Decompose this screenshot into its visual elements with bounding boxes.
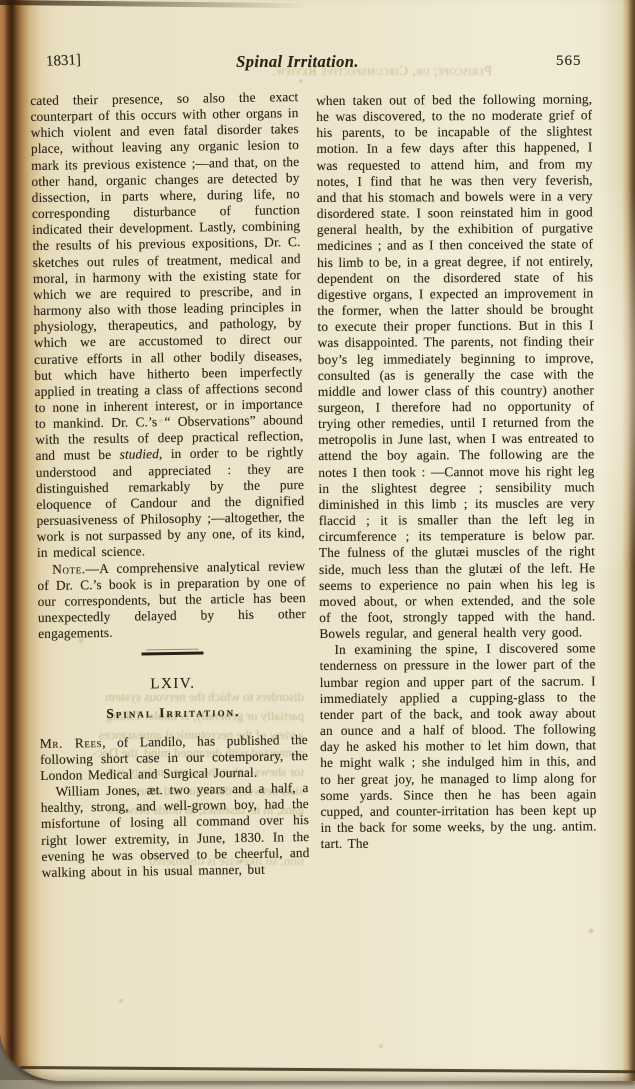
page-number: 565 [556, 53, 582, 70]
william-jones-paragraph: William Jones, æt. two years and a half,… [40, 780, 309, 881]
paper-speckles [0, 0, 2, 2]
rees-paragraph: Mr. Rees, of Landilo, has published the … [40, 732, 309, 784]
rees-lead: Mr. Rees [40, 735, 103, 751]
spine-examination-paragraph: In examining the spine, I discovered som… [319, 641, 596, 853]
paper-sheet: Periscope; or, Circumspective Review. di… [0, 0, 635, 1081]
under-page-edge [0, 1080, 635, 1089]
continuation-paragraph: cated their presence, so also the exact … [30, 89, 305, 561]
case-notes-paragraph: when taken out of bed the following morn… [316, 91, 595, 642]
section-divider-rule [141, 652, 203, 656]
italic-word: studied [119, 447, 159, 463]
right-column: when taken out of bed the following morn… [316, 91, 597, 881]
note-lead: Note. [52, 561, 86, 576]
section-number: LXIV. [39, 674, 307, 694]
left-column: cated their presence, so also the exact … [30, 89, 310, 881]
section-title: Spinal Irritation. [39, 703, 307, 723]
note-paragraph: Note.—A comprehensive analytical review … [37, 558, 306, 643]
book-page-scan: Periscope; or, Circumspective Review. di… [0, 0, 635, 1089]
text-body: cated their presence, so also the exact … [36, 93, 594, 881]
page-bottom-edge [20, 1066, 635, 1073]
paragraph-text: cated their presence, so also the exact … [30, 89, 303, 463]
running-title: Spinal Irritation. [0, 52, 595, 72]
